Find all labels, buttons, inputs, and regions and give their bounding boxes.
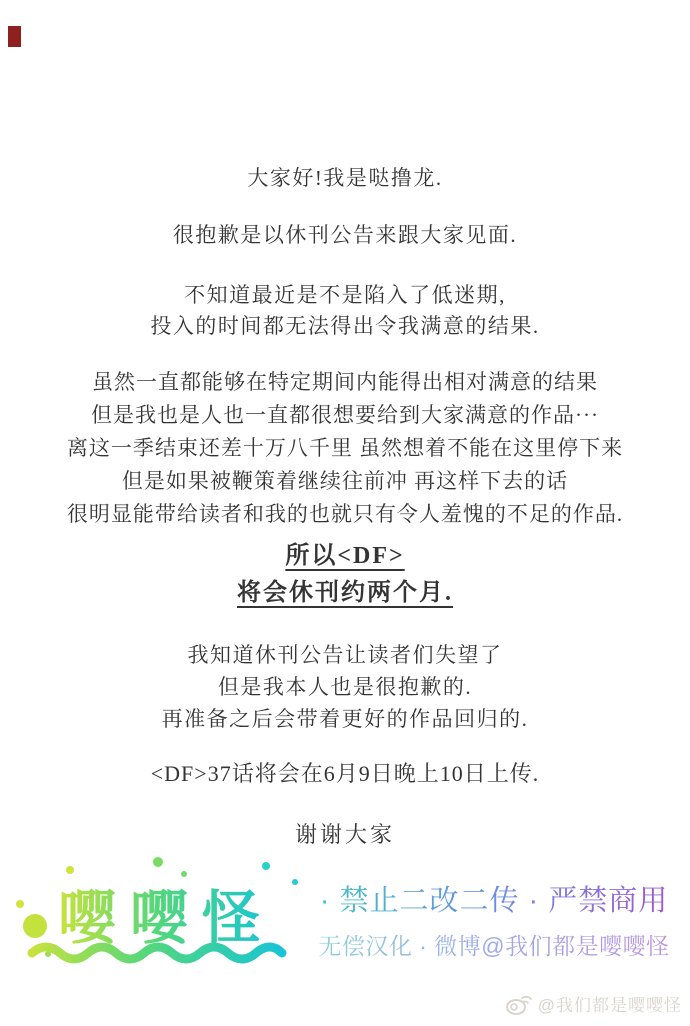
watermark-handle: @我们都是嘤嘤怪: [538, 991, 682, 1016]
hiatus-duration: 将会休刊约两个月.: [0, 575, 690, 612]
logo-dot: [16, 900, 24, 908]
reflection-line-3: 离这一季结束还差十万八千里 虽然想着不能在这里停下来: [0, 432, 690, 465]
announcement-page: 大家好!我是哒撸龙. 很抱歉是以休刊公告来跟大家见面. 不知道最近是不是陷入了低…: [0, 0, 690, 1026]
greeting-line: 大家好!我是哒撸龙.: [0, 162, 690, 192]
weibo-icon: [505, 992, 533, 1016]
logo-dot: [181, 871, 187, 877]
no-repost-notice: · 禁止二改二传 · 严禁商用: [302, 878, 686, 919]
slump-line-2: 投入的时间都无法得出令我满意的结果.: [0, 311, 690, 342]
logo-dot: [153, 857, 163, 867]
apology-line: 很抱歉是以休刊公告来跟大家见面.: [0, 219, 690, 249]
regret-paragraph: 我知道休刊公告让读者们失望了 但是我本人也是很抱歉的. 再准备之后会带着更好的作…: [0, 639, 690, 735]
slump-paragraph: 不知道最近是不是陷入了低迷期, 投入的时间都无法得出令我满意的结果.: [0, 280, 690, 342]
reflection-line-5: 很明显能带给读者和我的也就只有令人羞愧的不足的作品.: [0, 498, 690, 531]
hiatus-statement: 所以<DF> 将会休刊约两个月.: [0, 538, 690, 612]
weibo-watermark: @我们都是嘤嘤怪: [505, 991, 682, 1016]
group-credit-notice: 无偿汉化 · 微博@我们都是嘤嘤怪: [302, 928, 686, 961]
logo-text: 嘤嘤怪: [58, 886, 274, 951]
regret-line-1: 我知道休刊公告让读者们失望了: [0, 639, 690, 671]
regret-line-2: 但是我本人也是很抱歉的.: [0, 671, 690, 703]
logo-circle-glyph: [23, 914, 47, 938]
logo-dot: [66, 866, 74, 874]
thanks-line: 谢谢大家: [0, 818, 690, 849]
reflection-paragraph: 虽然一直都能够在特定期间内能得出相对满意的结果 但是我也是人也一直都很想要给到大…: [0, 366, 690, 531]
logo-dot: [292, 879, 298, 885]
scanlation-group-logo: 嘤嘤怪: [8, 854, 308, 969]
slump-line-1: 不知道最近是不是陷入了低迷期,: [0, 280, 690, 311]
logo-dot: [262, 862, 270, 870]
logo-graphic: 嘤嘤怪: [8, 854, 308, 969]
upload-info-line: <DF>37话将会在6月9日晚上10日上传.: [0, 757, 690, 788]
reflection-line-1: 虽然一直都能够在特定期间内能得出相对满意的结果: [0, 366, 690, 399]
regret-line-3: 再准备之后会带着更好的作品回归的.: [0, 703, 690, 735]
hiatus-title: 所以<DF>: [0, 538, 690, 575]
red-corner-mark: [8, 26, 21, 47]
reflection-line-4: 但是如果被鞭策着继续往前冲 再这样下去的话: [0, 465, 690, 498]
reflection-line-2: 但是我也是人也一直都很想要给到大家满意的作品···: [0, 399, 690, 432]
